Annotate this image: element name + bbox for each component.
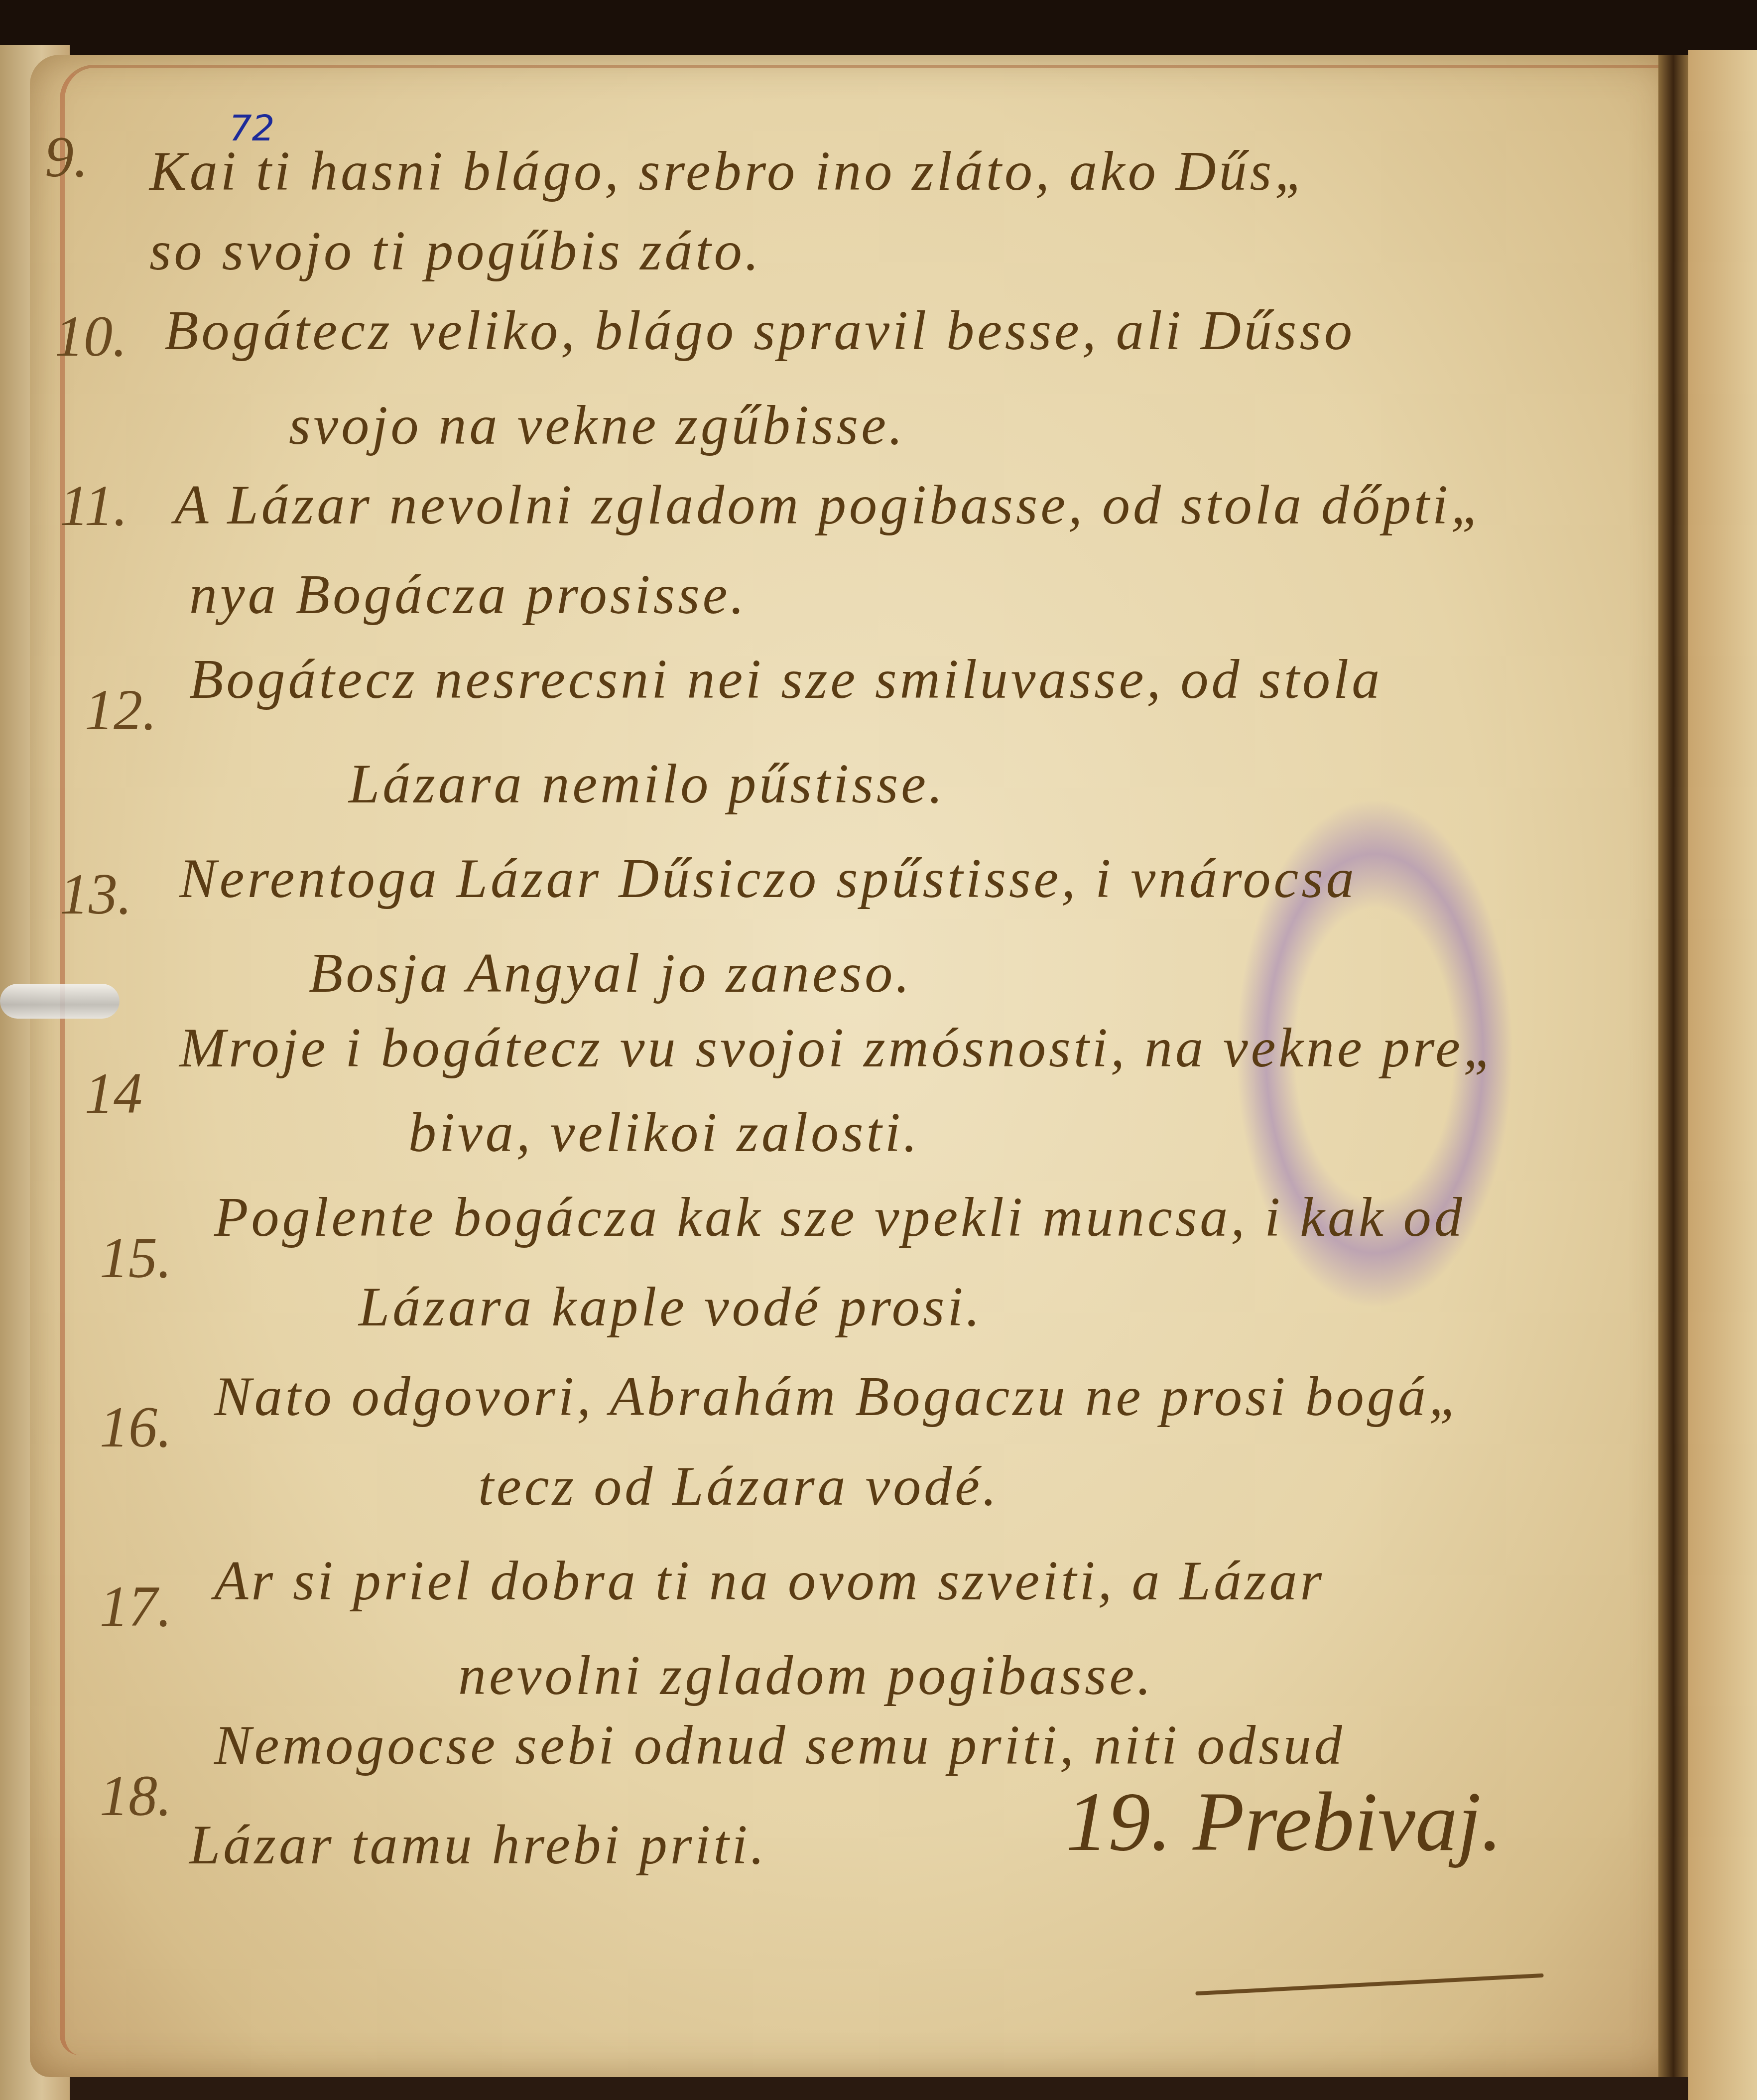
verse-number: 10.: [55, 304, 127, 370]
verse-number: 16.: [100, 1395, 172, 1461]
verse-number: 15.: [100, 1225, 172, 1292]
verse-line: Bogátecz veliko, blágo spravil besse, al…: [164, 299, 1355, 363]
clip-holder: [0, 984, 120, 1019]
verse-line: Nerentoga Lázar Dűsiczo spűstisse, i vná…: [179, 847, 1357, 911]
book-gutter: [1658, 55, 1688, 2077]
verse-line: Lázar tamu hrebi priti.: [189, 1813, 767, 1877]
verse-line: Bogátecz nesrecsni nei sze smiluvasse, o…: [189, 648, 1382, 712]
verse-number: 12.: [85, 677, 157, 744]
closing-signature: 19. Prebivaj.: [1066, 1773, 1503, 1870]
verse-line: biva, velikoi zalosti.: [408, 1101, 920, 1165]
verse-line: so svojo ti pogűbis záto.: [149, 219, 762, 283]
verse-line: Nato odgovori, Abrahám Bogaczu ne prosi …: [214, 1365, 1463, 1429]
scan-background: [0, 0, 1757, 55]
verse-line: Kai ti hasni blágo, srebro ino zláto, ak…: [149, 139, 1308, 204]
verse-line: Lázara kaple vodé prosi.: [359, 1275, 983, 1339]
verse-number: 13.: [60, 862, 132, 928]
verse-line: A Lázar nevolni zgladom pogibasse, od st…: [174, 473, 1485, 537]
verse-line: Mroje i bogátecz vu svojoi zmósnosti, na…: [179, 1016, 1497, 1080]
verse-line: Ar si priel dobra ti na ovom szveiti, a …: [214, 1549, 1325, 1613]
verse-line: nevolni zgladom pogibasse.: [458, 1644, 1154, 1708]
verse-number: 11.: [60, 473, 127, 539]
verse-number: 17.: [100, 1574, 172, 1640]
verse-line: Bosja Angyal jo zaneso.: [309, 941, 912, 1006]
verse-number: 9.: [45, 125, 88, 191]
right-page-edge: [1688, 50, 1757, 2100]
verse-line: nya Bogácza prosisse.: [189, 563, 747, 627]
verse-number: 14: [85, 1061, 142, 1127]
verse-line: Nemogocse sebi odnud semu priti, niti od…: [214, 1713, 1345, 1778]
verse-line: tecz od Lázara vodé.: [478, 1454, 1000, 1519]
verse-line: Lázara nemilo pűstisse.: [349, 752, 946, 816]
verse-line: svojo na vekne zgűbisse.: [289, 394, 906, 458]
verse-line: Poglente bogácza kak sze vpekli muncsa, …: [214, 1185, 1465, 1250]
verse-number: 18.: [100, 1763, 172, 1830]
